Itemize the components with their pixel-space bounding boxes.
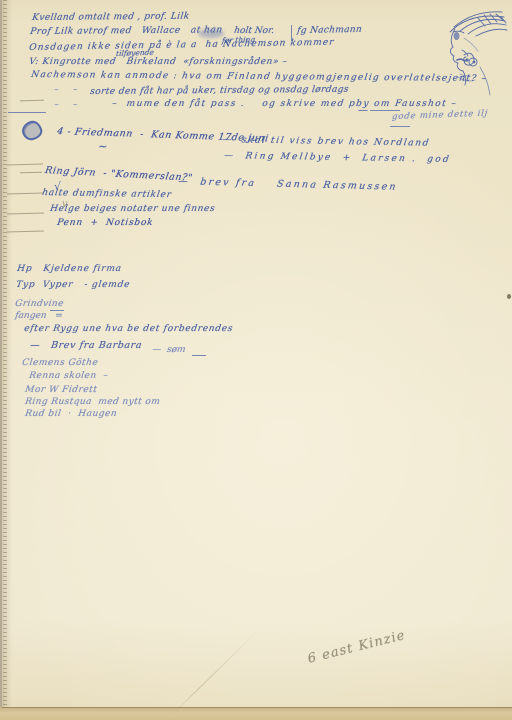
blue-line-mark bbox=[50, 310, 64, 311]
profile-face-doodle bbox=[440, 5, 510, 97]
speck-mark bbox=[507, 294, 511, 299]
paper-sheet: Kvelland omtalt med , prof. LilkProf Lil… bbox=[2, 0, 512, 707]
scanned-page: Kvelland omtalt med , prof. LilkProf Lil… bbox=[0, 0, 512, 720]
ink-scribble-mark bbox=[20, 119, 44, 142]
pencil-line-mark bbox=[7, 193, 43, 195]
blue-line-mark bbox=[192, 355, 206, 356]
blue-line-mark bbox=[8, 112, 46, 113]
margin-marks-layer: √v bbox=[2, 0, 512, 707]
ink-smudge-mark bbox=[198, 29, 224, 38]
blue-vline-mark bbox=[291, 25, 292, 41]
pencil-line-mark bbox=[20, 172, 42, 174]
page-backing-bottom bbox=[0, 707, 512, 720]
ink-check-mark: √ bbox=[54, 180, 61, 193]
blue-line-mark bbox=[390, 126, 410, 127]
pencil-line-mark bbox=[7, 213, 44, 215]
pencil-line-mark bbox=[20, 100, 44, 102]
pencil-line-mark bbox=[7, 231, 44, 233]
pencil-check-mark: v bbox=[62, 199, 68, 210]
blue-line-mark bbox=[370, 110, 400, 111]
pencil-line-mark bbox=[7, 164, 43, 166]
